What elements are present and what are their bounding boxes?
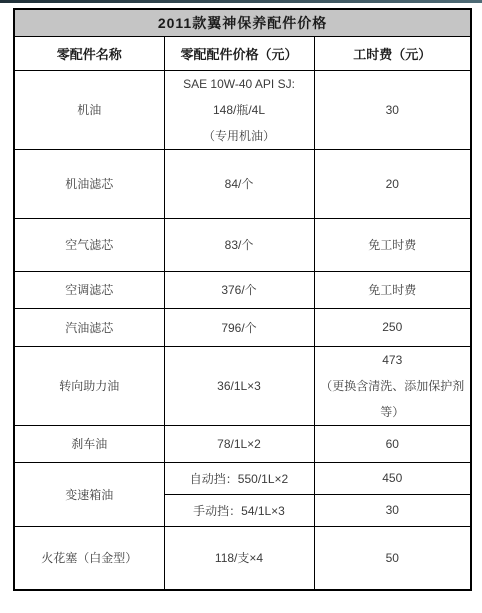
labor-fee-cell: 30 bbox=[314, 70, 471, 149]
table-row-spark-plug: 火花塞（白金型） 118/支×4 50 bbox=[14, 526, 471, 590]
labor-line: （更换含清洗、添加保护剂 bbox=[319, 373, 467, 399]
top-accent-bar bbox=[0, 0, 482, 3]
part-name-cell: 汽油滤芯 bbox=[14, 308, 164, 346]
header-row: 零配件名称 零配配件价格（元） 工时费（元） bbox=[14, 36, 471, 70]
labor-fee-cell: 30 bbox=[314, 494, 471, 526]
table-row-fuel-filter: 汽油滤芯 796/个 250 bbox=[14, 308, 471, 346]
title-row: 2011款翼神保养配件价格 bbox=[14, 9, 471, 36]
part-name-cell: 机油 bbox=[14, 70, 164, 149]
price-table: 2011款翼神保养配件价格 零配件名称 零配配件价格（元） 工时费（元） 机油 … bbox=[13, 8, 472, 591]
price-line: （专用机油） bbox=[169, 123, 310, 149]
price-line: SAE 10W-40 API SJ: bbox=[169, 71, 310, 97]
part-name-cell: 机油滤芯 bbox=[14, 149, 164, 218]
table-title: 2011款翼神保养配件价格 bbox=[14, 9, 471, 36]
table-row-ac-filter: 空调滤芯 376/个 免工时费 bbox=[14, 271, 471, 308]
labor-line: 473 bbox=[319, 347, 467, 373]
part-price-cell: 自动挡：550/1L×2 bbox=[164, 462, 314, 494]
table-row-oil-filter: 机油滤芯 84/个 20 bbox=[14, 149, 471, 218]
labor-fee-cell: 免工时费 bbox=[314, 271, 471, 308]
part-name-cell: 刹车油 bbox=[14, 425, 164, 462]
part-price-cell: SAE 10W-40 API SJ: 148/瓶/4L （专用机油） bbox=[164, 70, 314, 149]
table-row-power-steering-fluid: 转向助力油 36/1L×3 473 （更换含清洗、添加保护剂 等） bbox=[14, 346, 471, 425]
table-row-brake-fluid: 刹车油 78/1L×2 60 bbox=[14, 425, 471, 462]
col-header-part-price: 零配配件价格（元） bbox=[164, 36, 314, 70]
labor-fee-cell: 20 bbox=[314, 149, 471, 218]
page: 2011款翼神保养配件价格 零配件名称 零配配件价格（元） 工时费（元） 机油 … bbox=[0, 0, 482, 613]
part-price-cell: 78/1L×2 bbox=[164, 425, 314, 462]
table-row-transmission-oil-auto: 变速箱油 自动挡：550/1L×2 450 bbox=[14, 462, 471, 494]
part-price-cell: 118/支×4 bbox=[164, 526, 314, 590]
part-price-cell: 36/1L×3 bbox=[164, 346, 314, 425]
part-name-cell: 火花塞（白金型） bbox=[14, 526, 164, 590]
col-header-part-name: 零配件名称 bbox=[14, 36, 164, 70]
part-price-cell: 796/个 bbox=[164, 308, 314, 346]
part-price-cell: 84/个 bbox=[164, 149, 314, 218]
labor-fee-cell: 250 bbox=[314, 308, 471, 346]
part-name-cell: 空气滤芯 bbox=[14, 218, 164, 271]
labor-fee-cell: 450 bbox=[314, 462, 471, 494]
part-price-cell: 83/个 bbox=[164, 218, 314, 271]
table-row-air-filter: 空气滤芯 83/个 免工时费 bbox=[14, 218, 471, 271]
labor-fee-cell: 473 （更换含清洗、添加保护剂 等） bbox=[314, 346, 471, 425]
part-name-cell: 变速箱油 bbox=[14, 462, 164, 526]
labor-line: 等） bbox=[319, 399, 467, 425]
part-price-cell: 376/个 bbox=[164, 271, 314, 308]
col-header-labor-fee: 工时费（元） bbox=[314, 36, 471, 70]
price-line: 148/瓶/4L bbox=[169, 97, 310, 123]
labor-fee-cell: 50 bbox=[314, 526, 471, 590]
part-price-cell: 手动挡：54/1L×3 bbox=[164, 494, 314, 526]
labor-fee-cell: 免工时费 bbox=[314, 218, 471, 271]
part-name-cell: 转向助力油 bbox=[14, 346, 164, 425]
table-row-engine-oil: 机油 SAE 10W-40 API SJ: 148/瓶/4L （专用机油） 30 bbox=[14, 70, 471, 149]
labor-fee-cell: 60 bbox=[314, 425, 471, 462]
part-name-cell: 空调滤芯 bbox=[14, 271, 164, 308]
